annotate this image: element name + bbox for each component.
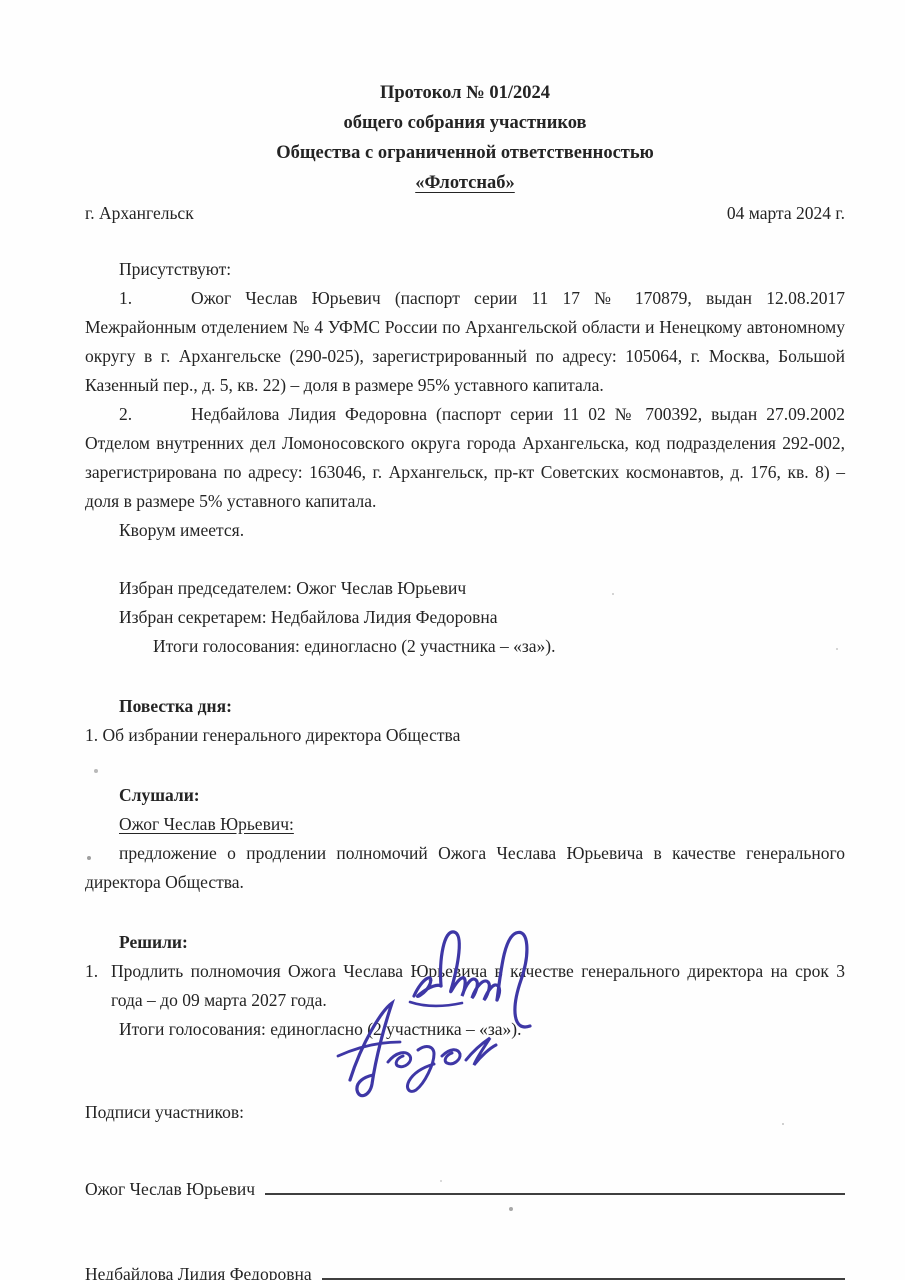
attendee-item-2-text: Недбайлова Лидия Федоровна (паспорт сери… xyxy=(85,404,845,511)
doc-title: Протокол № 01/2024 общего собрания участ… xyxy=(85,78,845,198)
signature-row-1: Ожог Чеслав Юрьевич xyxy=(85,1173,845,1200)
agenda-heading: Повестка дня: xyxy=(85,692,845,721)
title-line-company-type: Общества с ограниченной ответственностью xyxy=(85,138,845,168)
attendee-item-2-number: 2. xyxy=(119,400,191,429)
agenda-item-1: 1. Об избрании генерального директора Об… xyxy=(85,721,845,750)
city-label: г. Архангельск xyxy=(85,203,194,224)
heard-heading: Слушали: xyxy=(85,781,845,810)
attendee-item-1: 1.Ожог Чеслав Юрьевич (паспорт серии 11 … xyxy=(85,284,845,400)
resolved-item-1-text: Продлить полномочия Ожога Чеслава Юрьеви… xyxy=(111,961,845,1010)
heard-speaker: Ожог Чеслав Юрьевич: xyxy=(85,810,845,839)
title-line-protocol: Протокол № 01/2024 xyxy=(85,78,845,108)
signatures-heading: Подписи участников: xyxy=(85,1098,845,1127)
title-company-name: «Флотснаб» xyxy=(85,168,845,198)
attendee-item-2: 2.Недбайлова Лидия Федоровна (паспорт се… xyxy=(85,400,845,516)
resolved-voting-line: Итоги голосования: единогласно (2 участн… xyxy=(85,1015,845,1044)
date-label: 04 марта 2024 г. xyxy=(727,203,845,224)
signature-name-1: Ожог Чеслав Юрьевич xyxy=(85,1179,255,1200)
document-page: Протокол № 01/2024 общего собрания участ… xyxy=(0,0,905,1280)
signature-line-1 xyxy=(265,1173,845,1195)
resolved-item-1-number: 1. xyxy=(85,957,111,986)
scan-noise xyxy=(0,0,2,2)
resolved-item-1: 1.Продлить полномочия Ожога Чеслава Юрье… xyxy=(85,957,845,1015)
signature-name-2: Недбайлова Лидия Федоровна xyxy=(85,1264,312,1280)
signature-line-2 xyxy=(322,1258,845,1280)
resolved-heading: Решили: xyxy=(85,928,845,957)
secretary-line: Избран секретарем: Недбайлова Лидия Федо… xyxy=(85,603,845,632)
elections-voting-line: Итоги голосования: единогласно (2 участн… xyxy=(85,632,845,661)
attendee-item-1-number: 1. xyxy=(119,284,191,313)
heard-speaker-name: Ожог Чеслав Юрьевич: xyxy=(119,814,294,834)
heard-text: предложение о продлении полномочий Ожога… xyxy=(85,839,845,897)
attendee-item-1-text: Ожог Чеслав Юрьевич (паспорт серии 11 17… xyxy=(85,288,845,395)
attendees-heading: Присутствуют: xyxy=(85,255,845,284)
quorum-line: Кворум имеется. xyxy=(85,516,845,545)
chairman-line: Избран председателем: Ожог Чеслав Юрьеви… xyxy=(85,574,845,603)
signature-row-2: Недбайлова Лидия Федоровна xyxy=(85,1258,845,1280)
title-line-meeting: общего собрания участников xyxy=(85,108,845,138)
city-date-row: г. Архангельск 04 марта 2024 г. xyxy=(85,203,845,224)
